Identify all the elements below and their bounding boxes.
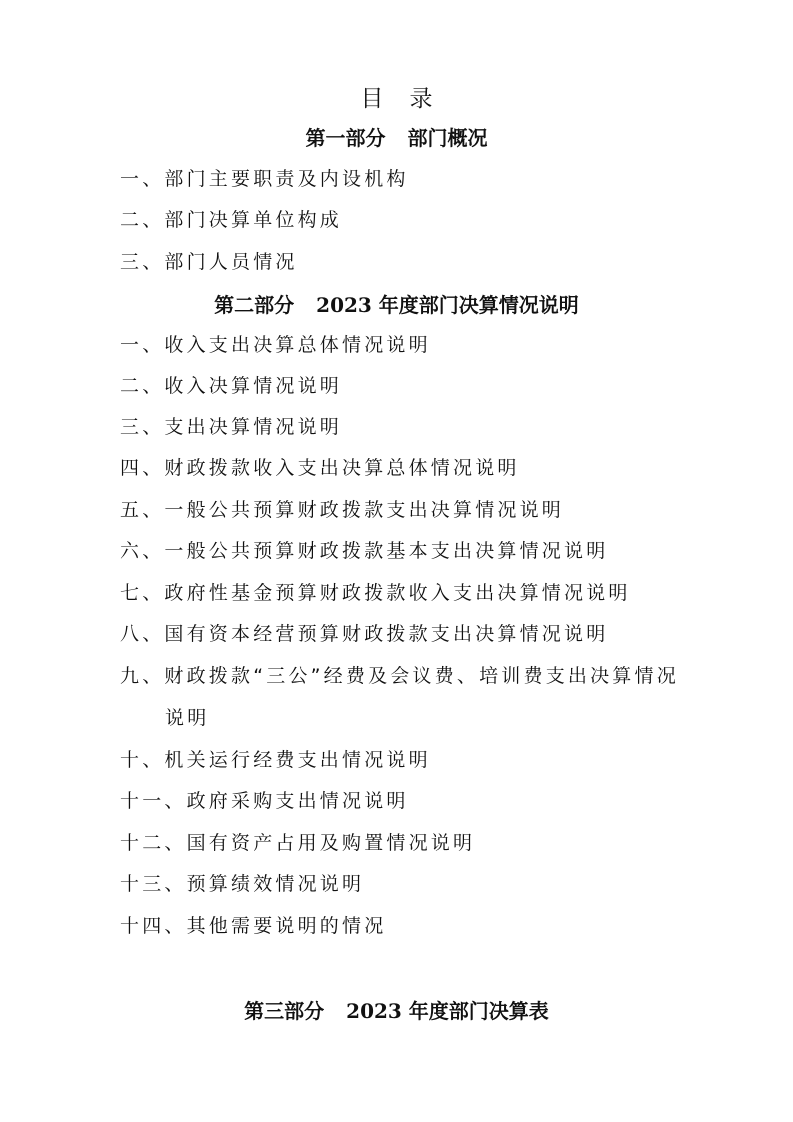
toc-item[interactable]: 二、部门决算单位构成 xyxy=(120,208,342,232)
section-heading-part-1: 第一部分部门概况 xyxy=(0,122,793,151)
section-heading-text: 部门概况 xyxy=(408,126,488,150)
toc-item[interactable]: 三、支出决算情况说明 xyxy=(120,415,342,439)
section-heading-text: 2023 年度部门决算表 xyxy=(346,999,549,1023)
section-heading-part-2: 第二部分2023 年度部门决算情况说明 xyxy=(0,289,793,318)
section-part-label: 第一部分 xyxy=(306,126,386,150)
toc-item[interactable]: 一、部门主要职责及内设机构 xyxy=(120,167,409,191)
toc-title: 目录 xyxy=(0,80,793,113)
section-heading-text: 2023 年度部门决算情况说明 xyxy=(316,293,579,317)
toc-item[interactable]: 十四、其他需要说明的情况 xyxy=(120,914,386,938)
toc-item[interactable]: 十、机关运行经费支出情况说明 xyxy=(120,748,431,772)
toc-title-char-2: 录 xyxy=(410,86,433,112)
toc-item[interactable]: 十二、国有资产占用及购置情况说明 xyxy=(120,831,475,855)
toc-item[interactable]: 十一、政府采购支出情况说明 xyxy=(120,789,409,813)
toc-title-char-1: 目 xyxy=(361,86,384,112)
toc-item-continuation[interactable]: 说明 xyxy=(165,706,209,730)
toc-item[interactable]: 一、收入支出决算总体情况说明 xyxy=(120,333,431,357)
section-part-label: 第三部分 xyxy=(244,999,324,1023)
toc-item[interactable]: 六、一般公共预算财政拨款基本支出决算情况说明 xyxy=(120,539,608,563)
toc-item[interactable]: 三、部门人员情况 xyxy=(120,250,298,274)
toc-item[interactable]: 二、收入决算情况说明 xyxy=(120,374,342,398)
toc-item[interactable]: 七、政府性基金预算财政拨款收入支出决算情况说明 xyxy=(120,581,631,605)
section-part-label: 第二部分 xyxy=(214,293,294,317)
section-heading-part-3: 第三部分2023 年度部门决算表 xyxy=(0,995,793,1024)
toc-item[interactable]: 五、一般公共预算财政拨款支出决算情况说明 xyxy=(120,498,564,522)
toc-item[interactable]: 八、国有资本经营预算财政拨款支出决算情况说明 xyxy=(120,622,608,646)
toc-item[interactable]: 四、财政拨款收入支出决算总体情况说明 xyxy=(120,456,520,480)
toc-item[interactable]: 九、财政拨款“三公”经费及会议费、培训费支出决算情况 xyxy=(120,664,679,688)
toc-item[interactable]: 十三、预算绩效情况说明 xyxy=(120,872,364,896)
